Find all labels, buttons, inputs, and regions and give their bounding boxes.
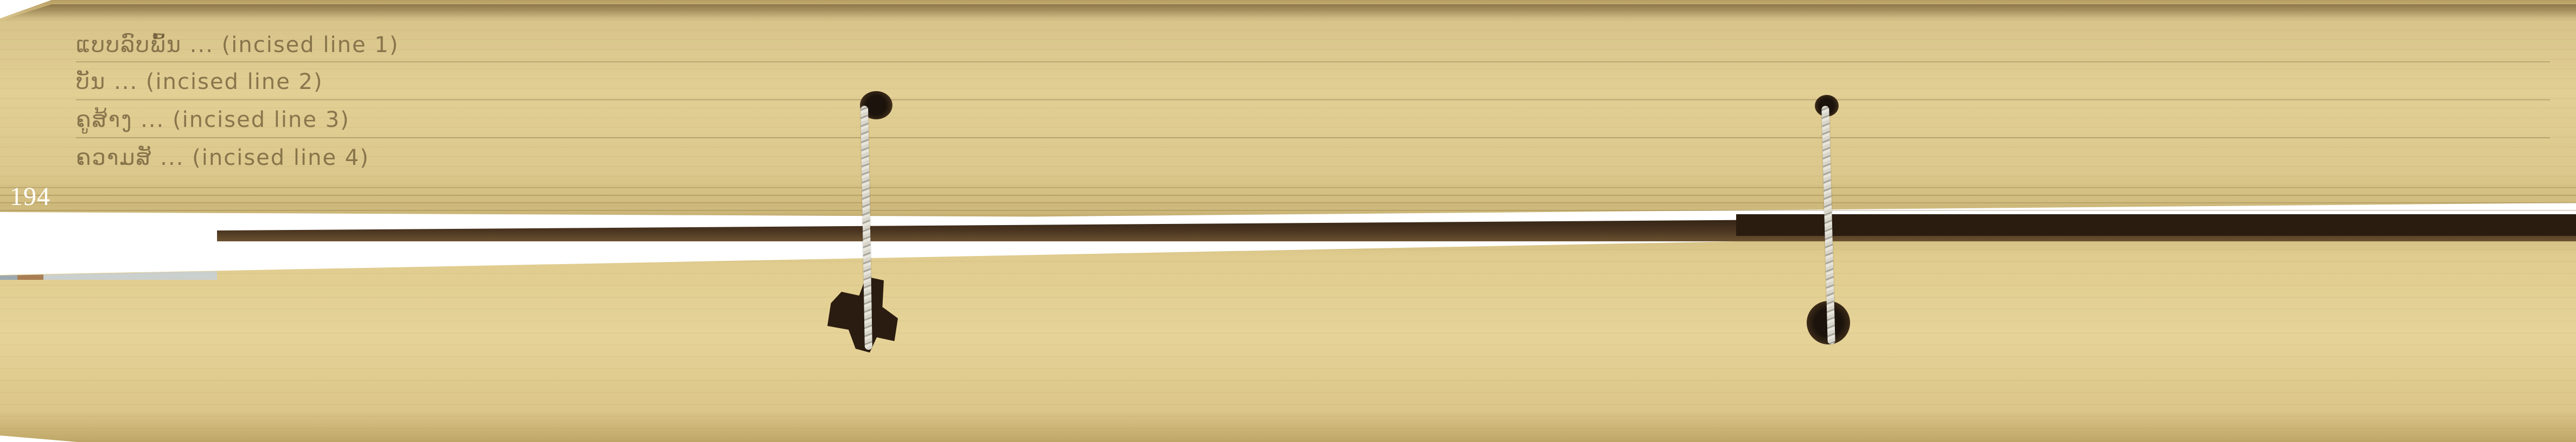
script-line-2: ບັນ ... (incised line 2) xyxy=(76,67,2550,97)
ruling-line xyxy=(76,61,2550,62)
upper-leaf-edge xyxy=(0,4,2576,21)
leaf-gap-shadow-right xyxy=(1736,214,2576,236)
leaf-margin-lines xyxy=(0,187,2576,214)
script-line-3: ຄູສ້າງ ... (incised line 3) xyxy=(76,105,2550,135)
manuscript-photo: ແບບລົບພົ້ນ ... (incised line 1) ບັນ ... … xyxy=(0,0,2576,442)
ruling-line xyxy=(76,99,2550,100)
background-strip xyxy=(0,271,217,280)
page-number-label: 194 xyxy=(10,182,50,212)
script-line-1: ແບບລົບພົ້ນ ... (incised line 1) xyxy=(76,30,2550,60)
lower-palm-leaf xyxy=(0,225,2576,442)
ruling-line xyxy=(76,137,2550,138)
incised-script-block: ແບບລົບພົ້ນ ... (incised line 1) ບັນ ... … xyxy=(76,30,2550,187)
script-line-4: ຄວາມສັ ... (incised line 4) xyxy=(76,143,2550,173)
